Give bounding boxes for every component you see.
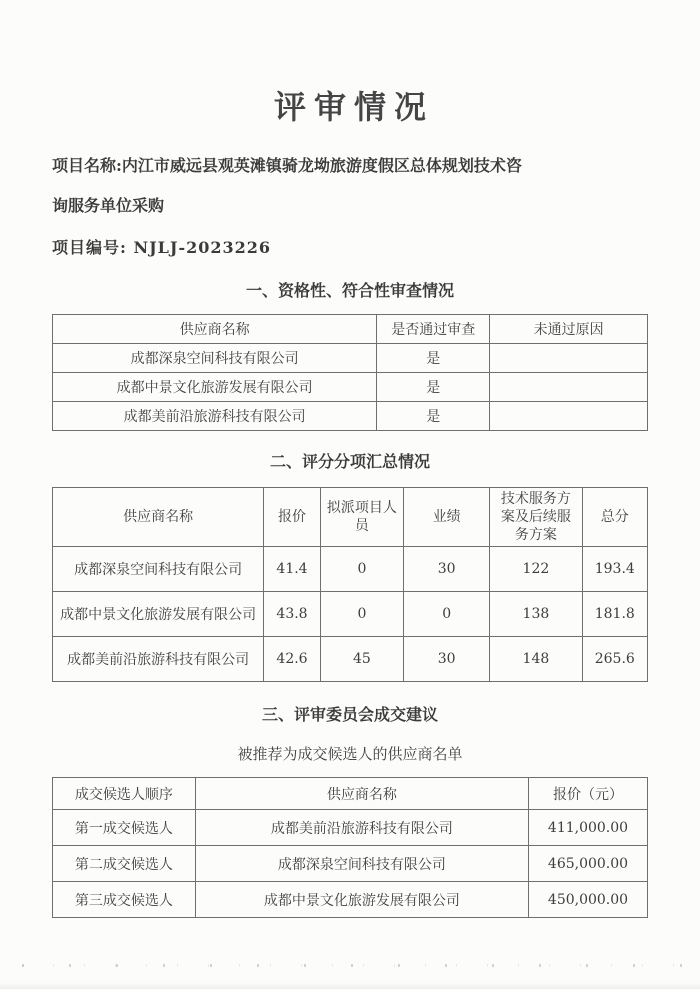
table-header-row: 供应商名称是否通过审查未通过原因 [53,315,648,344]
document-page: 评审情况 项目名称:内江市威远县观英滩镇骑龙坳旅游度假区总体规划技术咨 询服务单… [0,0,700,989]
column-header: 未通过原因 [490,315,648,344]
table-cell: 成都美前沿旅游科技有限公司 [195,810,528,846]
column-header: 供应商名称 [53,488,264,547]
table-cell: 0 [404,592,490,637]
table-row: 第一成交候选人成都美前沿旅游科技有限公司411,000.00 [53,810,648,846]
table-cell: 成都中景文化旅游发展有限公司 [53,373,377,402]
table-cell: 122 [490,547,582,592]
table-cell: 成都深泉空间科技有限公司 [53,344,377,373]
column-header: 总分 [582,488,647,547]
table-row: 第二成交候选人成都深泉空间科技有限公司465,000.00 [53,846,648,882]
section2-heading: 二、评分分项汇总情况 [52,451,648,473]
table-cell: 是 [377,373,490,402]
column-header: 报价（元） [528,778,647,810]
column-header: 供应商名称 [195,778,528,810]
table-row: 第三成交候选人成都中景文化旅游发展有限公司450,000.00 [53,882,648,918]
table-cell: 0 [320,592,403,637]
table-cell: 成都美前沿旅游科技有限公司 [53,637,264,682]
scan-artifact-dotted-line [22,964,694,967]
table-header-row: 成交候选人顺序供应商名称报价（元） [53,778,648,810]
table-cell: 第一成交候选人 [53,810,196,846]
table-row: 成都中景文化旅游发展有限公司是 [53,373,648,402]
table-cell: 193.4 [582,547,647,592]
score-summary-table: 供应商名称报价拟派项目人员业绩技术服务方案及后续服务方案总分成都深泉空间科技有限… [52,487,648,682]
table-cell: 成都深泉空间科技有限公司 [195,846,528,882]
table-cell: 450,000.00 [528,882,647,918]
section1-heading: 一、资格性、符合性审查情况 [52,280,648,302]
table-cell: 成都深泉空间科技有限公司 [53,547,264,592]
project-name-line2: 询服务单位采购 [52,186,648,226]
table-row: 成都中景文化旅游发展有限公司43.800138181.8 [53,592,648,637]
table-row: 成都深泉空间科技有限公司41.4030122193.4 [53,547,648,592]
table-cell: 43.8 [264,592,321,637]
table-row: 成都美前沿旅游科技有限公司42.64530148265.6 [53,637,648,682]
project-name-line1: 项目名称:内江市威远县观英滩镇骑龙坳旅游度假区总体规划技术咨 [52,146,648,186]
column-header: 供应商名称 [53,315,377,344]
table-cell [490,373,648,402]
table-cell: 30 [404,547,490,592]
qualification-review-table: 供应商名称是否通过审查未通过原因成都深泉空间科技有限公司是成都中景文化旅游发展有… [52,314,648,431]
table-cell: 成都中景文化旅游发展有限公司 [195,882,528,918]
table-cell: 成都中景文化旅游发展有限公司 [53,592,264,637]
column-header: 技术服务方案及后续服务方案 [490,488,582,547]
table-cell: 42.6 [264,637,321,682]
table-cell: 45 [320,637,403,682]
table-cell: 265.6 [582,637,647,682]
table-cell [490,344,648,373]
section3-heading: 三、评审委员会成交建议 [52,704,648,726]
table-cell: 0 [320,547,403,592]
table-header-row: 供应商名称报价拟派项目人员业绩技术服务方案及后续服务方案总分 [53,488,648,547]
column-header: 成交候选人顺序 [53,778,196,810]
table-cell: 是 [377,402,490,431]
table-cell: 第二成交候选人 [53,846,196,882]
column-header: 业绩 [404,488,490,547]
table-cell: 41.4 [264,547,321,592]
column-header: 报价 [264,488,321,547]
table-cell: 30 [404,637,490,682]
table-cell: 411,000.00 [528,810,647,846]
column-header: 拟派项目人员 [320,488,403,547]
column-header: 是否通过审查 [377,315,490,344]
award-candidate-table: 成交候选人顺序供应商名称报价（元）第一成交候选人成都美前沿旅游科技有限公司411… [52,777,648,918]
candidate-list-subtitle: 被推荐为成交候选人的供应商名单 [52,744,648,765]
table-cell: 181.8 [582,592,647,637]
table-cell: 148 [490,637,582,682]
table-cell: 138 [490,592,582,637]
table-row: 成都美前沿旅游科技有限公司是 [53,402,648,431]
table-cell: 第三成交候选人 [53,882,196,918]
table-cell: 成都美前沿旅游科技有限公司 [53,402,377,431]
table-cell [490,402,648,431]
project-number: 项目编号: NJLJ-2023226 [52,228,648,268]
page-title: 评审情况 [52,0,648,130]
table-row: 成都深泉空间科技有限公司是 [53,344,648,373]
table-cell: 465,000.00 [528,846,647,882]
table-cell: 是 [377,344,490,373]
